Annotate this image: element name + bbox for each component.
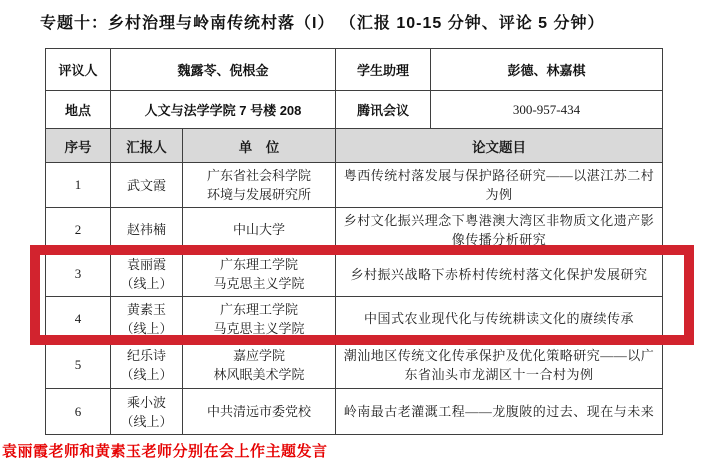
location-value: 人文与法学学院 7 号楼 208	[111, 91, 336, 129]
row-unit: 广东理工学院 马克思主义学院	[183, 297, 336, 341]
row-unit: 广东省社会科学院 环境与发展研究所	[183, 163, 336, 208]
header-no: 序号	[46, 129, 111, 163]
presenter-name: 武文霞	[114, 176, 179, 195]
row-number: 5	[46, 341, 111, 389]
row-unit: 嘉应学院 林风眠美术学院	[183, 341, 336, 389]
presenter-name: 纪乐诗	[114, 346, 179, 365]
presenter-name: 黄素玉	[114, 300, 179, 319]
assistant-names: 彭德、林嘉棋	[431, 49, 663, 91]
row-presenter: 黄素玉 （线上）	[111, 297, 183, 341]
unit-line-1: 广东理工学院	[186, 300, 332, 319]
row-number: 4	[46, 297, 111, 341]
paper-title: 乡村文化振兴理念下粤港澳大湾区非物质文化遗产影像传播分析研究	[336, 208, 663, 252]
table-row: 2 赵祎楠 中山大学 乡村文化振兴理念下粤港澳大湾区非物质文化遗产影像传播分析研…	[46, 208, 663, 252]
assistant-label: 学生助理	[336, 49, 431, 91]
meeting-id: 300-957-434	[431, 91, 663, 129]
table-row: 4 黄素玉 （线上） 广东理工学院 马克思主义学院 中国式农业现代化与传统耕读文…	[46, 297, 663, 341]
unit-line-2: 林风眠美术学院	[186, 365, 332, 384]
table-row: 6 乘小波 （线上） 中共清远市委党校 岭南最古老灌溉工程——龙腹陂的过去、现在…	[46, 389, 663, 435]
paper-title: 粤西传统村落发展与保护路径研究——以湛江苏二村为例	[336, 163, 663, 208]
presenter-note: （线上）	[114, 274, 179, 293]
row-unit: 广东理工学院 马克思主义学院	[183, 252, 336, 297]
schedule-table: 评议人 魏露苓、倪根金 学生助理 彭德、林嘉棋 地点 人文与法学学院 7 号楼 …	[45, 48, 663, 435]
reviewer-label: 评议人	[46, 49, 111, 91]
unit-line-1: 广东理工学院	[186, 255, 332, 274]
row-presenter: 乘小波 （线上）	[111, 389, 183, 435]
table-row: 5 纪乐诗 （线上） 嘉应学院 林风眠美术学院 潮汕地区传统文化传承保护及优化策…	[46, 341, 663, 389]
location-label: 地点	[46, 91, 111, 129]
row-presenter: 纪乐诗 （线上）	[111, 341, 183, 389]
presenter-name: 乘小波	[114, 393, 179, 412]
unit-line-1: 中山大学	[186, 220, 332, 239]
row-unit: 中共清远市委党校	[183, 389, 336, 435]
row-number: 2	[46, 208, 111, 252]
photo-caption: 袁丽霞老师和黄素玉老师分别在会上作主题发言	[2, 440, 328, 461]
row-presenter: 武文霞	[111, 163, 183, 208]
unit-line-2: 马克思主义学院	[186, 319, 332, 338]
unit-line-1: 中共清远市委党校	[186, 402, 332, 421]
unit-line-2: 环境与发展研究所	[186, 185, 332, 204]
table-body: 1 武文霞 广东省社会科学院 环境与发展研究所 粤西传统村落发展与保护路径研究—…	[46, 163, 663, 435]
row-presenter: 赵祎楠	[111, 208, 183, 252]
row-presenter: 袁丽霞 （线上）	[111, 252, 183, 297]
unit-line-2: 马克思主义学院	[186, 274, 332, 293]
row-number: 1	[46, 163, 111, 208]
row-number: 6	[46, 389, 111, 435]
location-row: 地点 人文与法学学院 7 号楼 208 腾讯会议 300-957-434	[46, 91, 663, 129]
table-row: 1 武文霞 广东省社会科学院 环境与发展研究所 粤西传统村落发展与保护路径研究—…	[46, 163, 663, 208]
header-presenter: 汇报人	[111, 129, 183, 163]
row-unit: 中山大学	[183, 208, 336, 252]
header-paper: 论文题目	[336, 129, 663, 163]
unit-line-1: 广东省社会科学院	[186, 166, 332, 185]
paper-title: 潮汕地区传统文化传承保护及优化策略研究——以广东省汕头市龙湖区十一合村为例	[336, 341, 663, 389]
conference-schedule-page: 专题十：乡村治理与岭南传统村落（I） （汇报 10-15 分钟、评论 5 分钟）…	[0, 0, 702, 466]
paper-title: 乡村振兴战略下赤桥村传统村落文化保护发展研究	[336, 252, 663, 297]
presenter-name: 赵祎楠	[114, 220, 179, 239]
reviewer-names: 魏露苓、倪根金	[111, 49, 336, 91]
unit-line-1: 嘉应学院	[186, 346, 332, 365]
presenter-note: （线上）	[114, 412, 179, 431]
presenter-name: 袁丽霞	[114, 255, 179, 274]
table-header-row: 序号 汇报人 单 位 论文题目	[46, 129, 663, 163]
paper-title: 中国式农业现代化与传统耕读文化的赓续传承	[336, 297, 663, 341]
row-number: 3	[46, 252, 111, 297]
paper-title: 岭南最古老灌溉工程——龙腹陂的过去、现在与未来	[336, 389, 663, 435]
page-title: 专题十：乡村治理与岭南传统村落（I） （汇报 10-15 分钟、评论 5 分钟）	[40, 10, 680, 33]
table-row: 3 袁丽霞 （线上） 广东理工学院 马克思主义学院 乡村振兴战略下赤桥村传统村落…	[46, 252, 663, 297]
reviewer-row: 评议人 魏露苓、倪根金 学生助理 彭德、林嘉棋	[46, 49, 663, 91]
presenter-note: （线上）	[114, 365, 179, 384]
meeting-label: 腾讯会议	[336, 91, 431, 129]
presenter-note: （线上）	[114, 319, 179, 338]
header-unit: 单 位	[183, 129, 336, 163]
